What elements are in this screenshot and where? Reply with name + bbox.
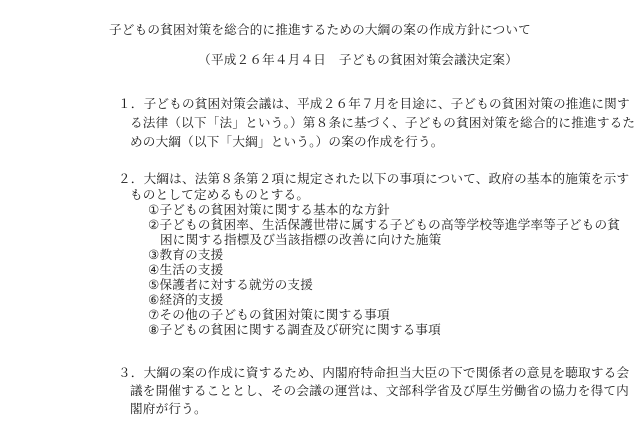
- list-item-8: ⑧子どもの貧困に関する調査及び研究に関する事項: [148, 322, 441, 337]
- section-3-line-1: ３．大綱の案の作成に資するため、内閣府特命担当大臣の下で関係者の意見を聴取する会: [118, 365, 629, 380]
- section-3-line-2: 議を開催することとし、その会議の運営は、文部科学省及び厚生労働省の協力を得て内: [130, 383, 629, 398]
- section-2-line-2: ものとして定めるものとする。: [130, 187, 309, 202]
- section-2-line-1: ２．大綱は、法第８条第２項に規定された以下の事項について、政府の基本的施策を示す: [118, 171, 629, 186]
- list-item-4: ④生活の支援: [148, 262, 223, 277]
- list-item-3: ③教育の支援: [148, 247, 223, 262]
- section-1-line-3: めの大綱（以下「大綱」という。）の案の作成を行う。: [130, 134, 444, 149]
- document-title: 子どもの貧困対策を総合的に推進するための大綱の案の作成方針について: [0, 22, 640, 37]
- section-3-line-3: 閣府が行う。: [130, 401, 207, 416]
- list-item-5: ⑤保護者に対する就労の支援: [148, 277, 313, 292]
- document-subtitle: （平成２６年４月４日 子どもの貧困対策会議決定案）: [198, 52, 518, 67]
- list-item-2-cont: 困に関する指標及び当該指標の改善に向けた施策: [160, 232, 441, 247]
- list-item-7: ⑦その他の子どもの貧困対策に関する事項: [148, 307, 390, 322]
- section-1-line-2: る法律（以下「法」という。）第８条に基づく、子どもの貧困対策を総合的に推進するた: [130, 115, 635, 130]
- list-item-1: ①子どもの貧困対策に関する基本的な方針: [148, 202, 390, 217]
- list-item-2: ②子どもの貧困率、生活保護世帯に属する子どもの高等学校等進学率等子どもの貧: [148, 217, 620, 232]
- list-item-6: ⑥経済的支援: [148, 292, 223, 307]
- section-1-line-1: １．子どもの貧困対策会議は、平成２６年７月を目途に、子どもの貧困対策の推進に関す: [118, 96, 630, 111]
